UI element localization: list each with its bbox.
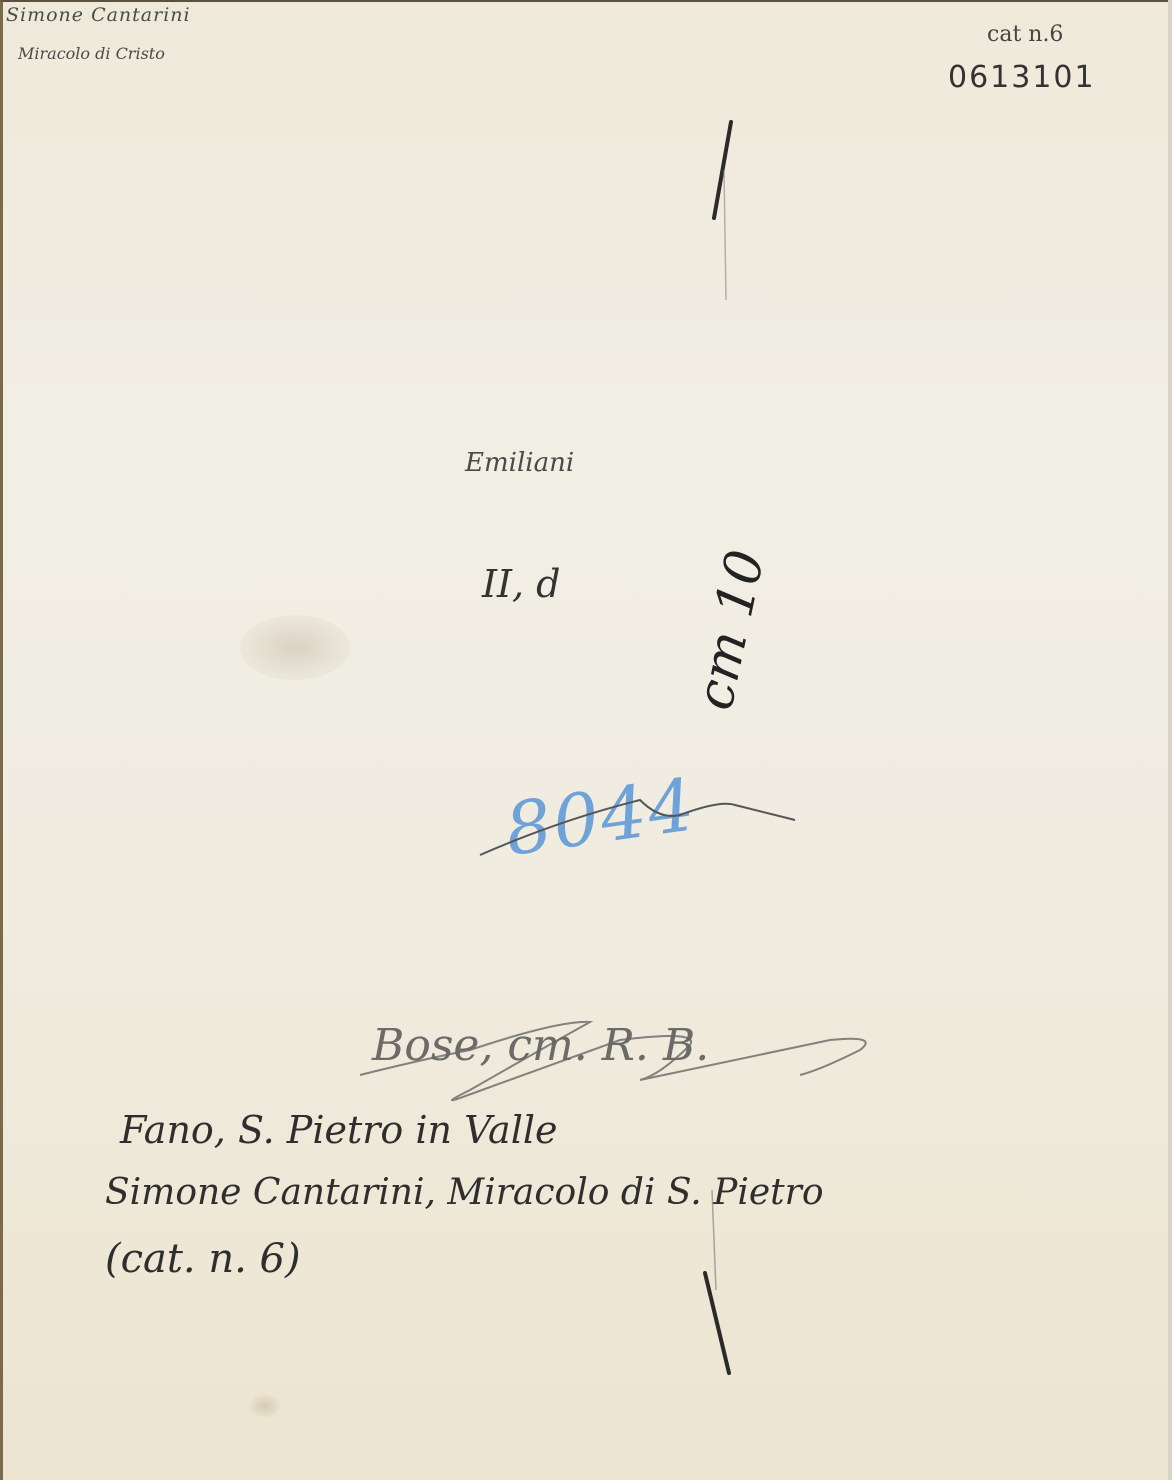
strike-through-line	[480, 800, 795, 855]
signature-flourish	[360, 1022, 866, 1100]
bottom-crop-mark	[705, 1273, 729, 1373]
top-crop-mark	[714, 122, 731, 218]
vertical-faint-line-bottom	[712, 1190, 716, 1290]
vertical-faint-line	[724, 170, 726, 300]
pencil-marks	[0, 0, 1172, 1480]
